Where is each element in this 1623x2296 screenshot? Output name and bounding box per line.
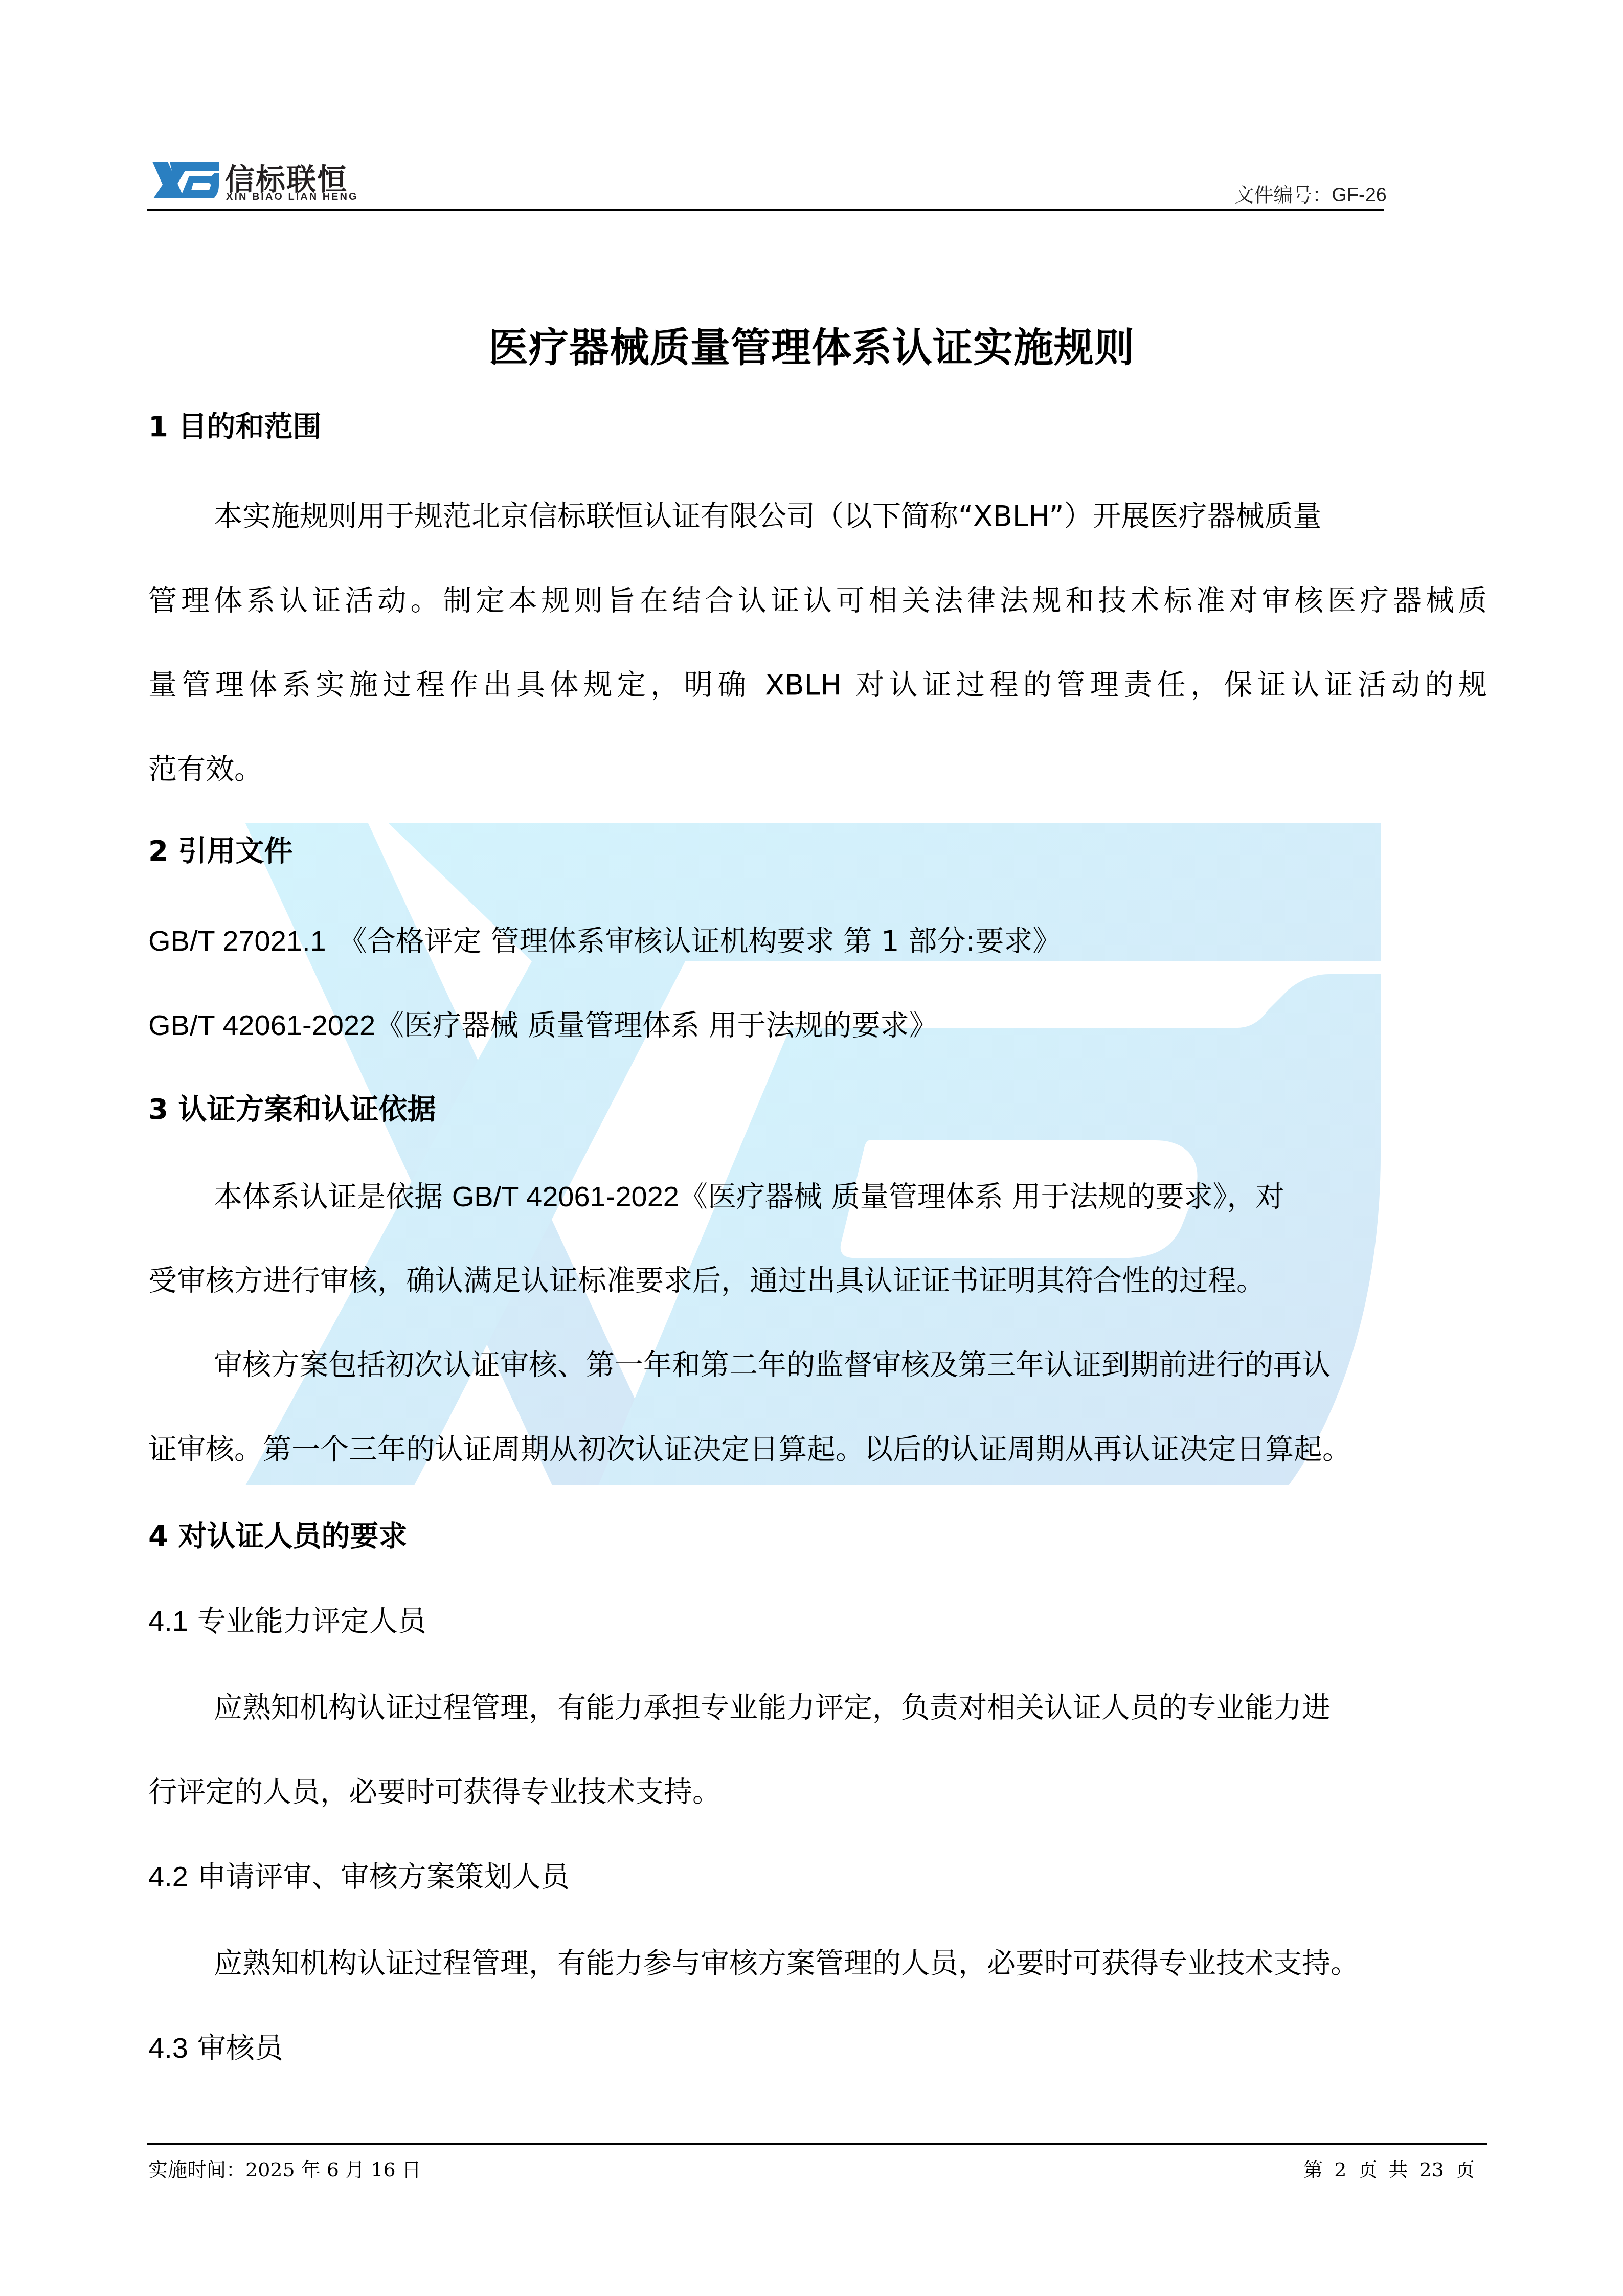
subsection-number: 4.2: [148, 1860, 188, 1893]
section-heading-1: 1 目的和范围: [148, 409, 1478, 445]
page-title: 医疗器械质量管理体系认证实施规则: [0, 316, 1623, 373]
subsection-heading-4-2: 4.2 申请评审、审核方案策划人员: [148, 1859, 1478, 1895]
paragraph-line: 范有效。: [148, 752, 1478, 787]
section-heading-3: 3 认证方案和认证依据: [148, 1092, 1478, 1128]
paragraph-line: 证审核。第一个三年的认证周期从初次认证决定日算起。以后的认证周期从再认证决定日算…: [148, 1432, 1478, 1468]
reference-item: GB/T 42061-2022《医疗器械 质量管理体系 用于法规的要求》: [148, 1007, 1478, 1044]
section-heading-2: 2 引用文件: [148, 834, 1478, 869]
paragraph-line: 行评定的人员，必要时可获得专业技术支持。: [148, 1774, 1478, 1810]
paragraph-line: 审核方案包括初次认证审核、第一年和第二年的监督审核及第三年认证到期前进行的再认: [214, 1347, 1543, 1383]
reference-code: GB/T 42061-2022: [148, 1009, 375, 1041]
xb-logo-icon: [148, 154, 220, 206]
reference-item: GB/T 27021.1《合格评定 管理体系审核认证机构要求 第 1 部分:要求…: [148, 923, 1478, 959]
header-divider: [147, 209, 1384, 211]
subsection-heading-4-3: 4.3 审核员: [148, 2030, 1478, 2066]
text-span: 本体系认证是依据: [214, 1180, 452, 1213]
paragraph-line: 受审核方进行审核，确认满足认证标准要求后，通过出具认证证书证明其符合性的过程。: [148, 1263, 1478, 1299]
subsection-heading-4-1: 4.1 专业能力评定人员: [148, 1603, 1478, 1639]
page-number: 第 2 页 共 23 页: [1303, 2154, 1475, 2182]
document-code-label: 文件编号：: [1234, 184, 1332, 206]
section-heading-4: 4 对认证人员的要求: [148, 1519, 1478, 1555]
reference-title: 《合格评定 管理体系审核认证机构要求 第 1 部分:要求》: [339, 925, 1062, 958]
paragraph-line: 量管理体系实施过程作出具体规定，明确 XBLH 对认证过程的管理责任，保证认证活…: [148, 667, 1487, 703]
subsection-title: 审核员: [188, 2032, 283, 2065]
document-page: 信标联恒 XIN BIAO LIAN HENG 文件编号：GF-26 医疗器械质…: [0, 0, 1623, 2296]
logo-english-text: XIN BIAO LIAN HENG: [226, 191, 358, 203]
company-logo: 信标联恒 XIN BIAO LIAN HENG: [148, 154, 368, 206]
effective-date: 实施时间：2025 年 6 月 16 日: [148, 2154, 421, 2182]
subsection-number: 4.3: [148, 2032, 188, 2064]
text-span: 本实施规则用于规范北京信标联恒认证有限公司（以下简称“XBLH”）开展医疗器械质…: [214, 500, 1321, 533]
reference-code: GB/T 27021.1: [148, 925, 326, 957]
text-span: 《医疗器械 质量管理体系 用于法规的要求》，对: [679, 1180, 1284, 1213]
paragraph-line: 本实施规则用于规范北京信标联恒认证有限公司（以下简称“XBLH”）开展医疗器械质…: [214, 499, 1543, 534]
subsection-title: 申请评审、审核方案策划人员: [188, 1860, 570, 1894]
footer-divider: [147, 2143, 1487, 2145]
document-code-value: GF-26: [1332, 185, 1387, 206]
subsection-title: 专业能力评定人员: [188, 1605, 426, 1638]
paragraph-line: 应熟知机构认证过程管理，有能力参与审核方案管理的人员，必要时可获得专业技术支持。: [214, 1946, 1543, 1982]
subsection-number: 4.1: [148, 1605, 188, 1637]
standard-code: GB/T 42061-2022: [452, 1180, 679, 1212]
paragraph-line: 本体系认证是依据 GB/T 42061-2022《医疗器械 质量管理体系 用于法…: [214, 1179, 1543, 1215]
reference-title: 《医疗器械 质量管理体系 用于法规的要求》: [375, 1009, 938, 1042]
paragraph-line: 管理体系认证活动。制定本规则旨在结合认证认可相关法律法规和技术标准对审核医疗器械…: [148, 583, 1487, 619]
paragraph-line: 应熟知机构认证过程管理，有能力承担专业能力评定，负责对相关认证人员的专业能力进: [214, 1690, 1543, 1726]
document-code: 文件编号：GF-26: [1234, 179, 1387, 207]
